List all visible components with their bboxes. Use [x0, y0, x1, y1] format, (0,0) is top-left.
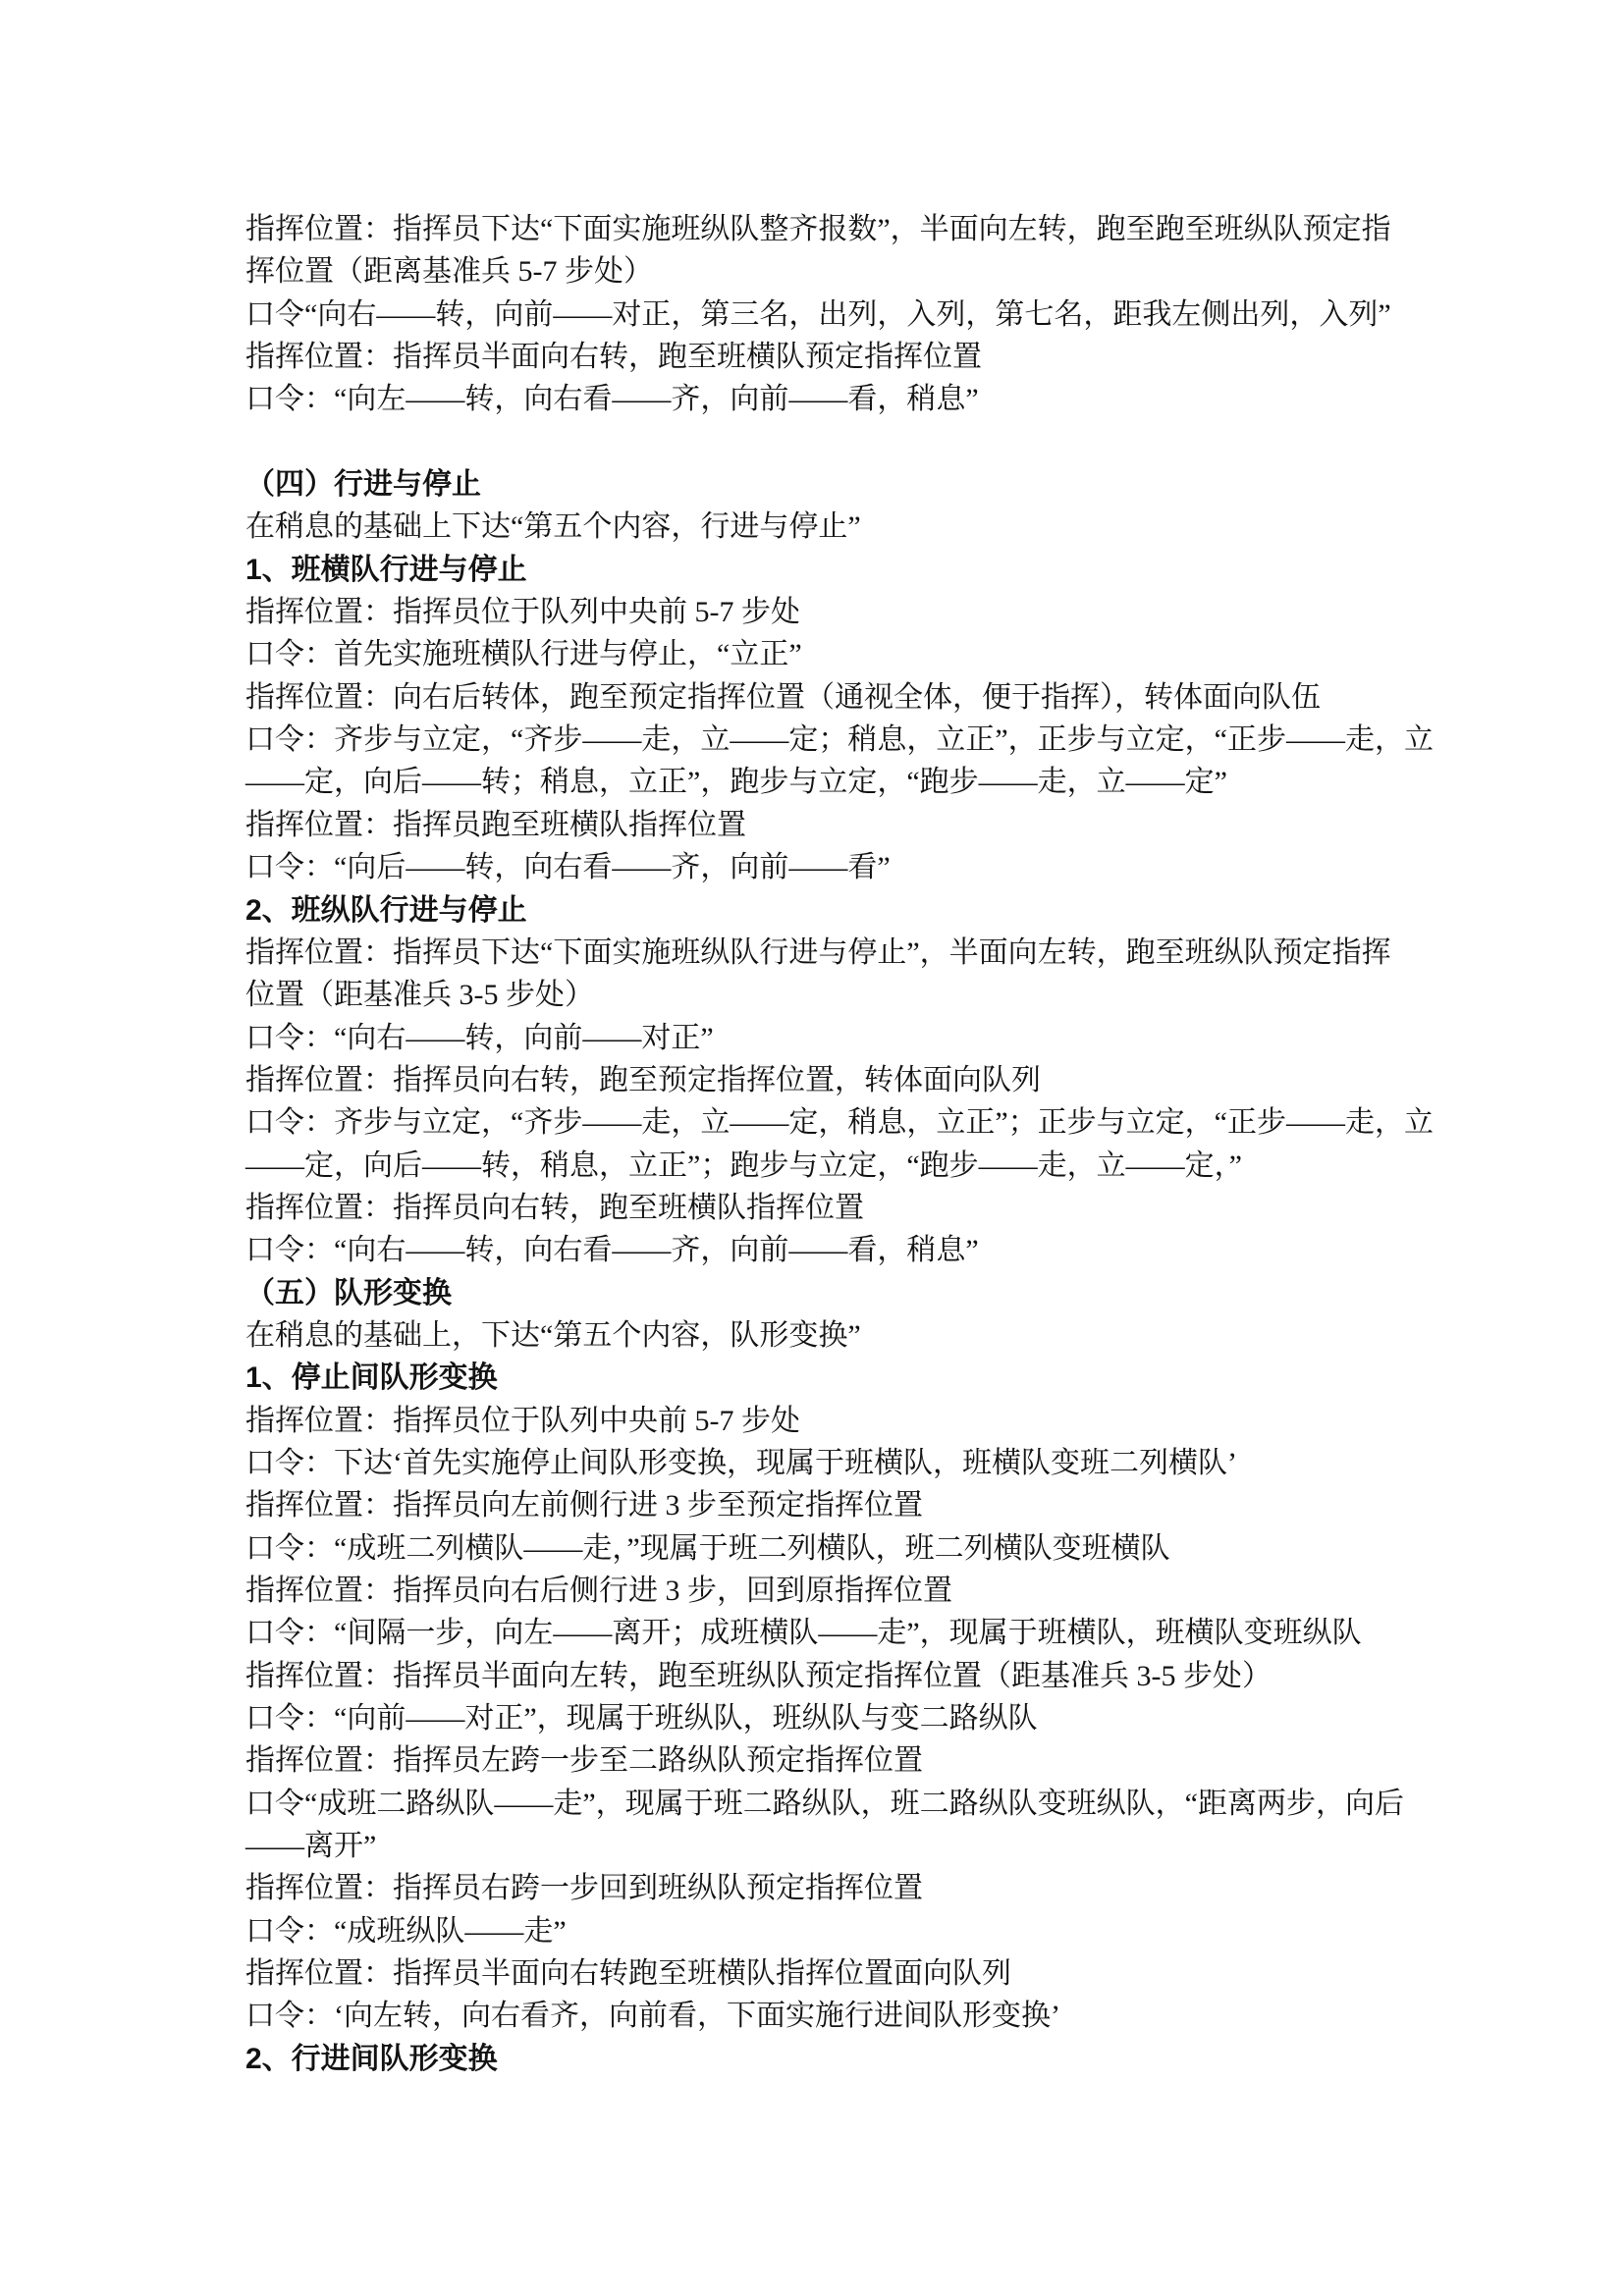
text-line: 口令：“成班纵队——走”	[245, 1910, 1379, 1952]
text-line: 口令：“向左——转，向右看——齐，向前——看，稍息”	[245, 378, 1379, 420]
text-line: 指挥位置：指挥员下达“下面实施班纵队行进与停止”，半面向左转，跑至班纵队预定指挥	[245, 932, 1379, 974]
text-line: 指挥位置：指挥员向右转，跑至预定指挥位置，转体面向队列	[245, 1059, 1379, 1101]
text-line: 口令：“间隔一步，向左——离开；成班横队——走”，现属于班横队，班横队变班纵队	[245, 1612, 1379, 1654]
heading-line: 2、行进间队形变换	[245, 2038, 1379, 2080]
text-line: 指挥位置：指挥员位于队列中央前 5-7 步处	[245, 591, 1379, 633]
text-line: 挥位置（距离基准兵 5-7 步处）	[245, 250, 1379, 293]
text-line: 口令：下达‘首先实施停止间队形变换，现属于班横队，班横队变班二列横队’	[245, 1442, 1379, 1484]
text-line: 位置（距基准兵 3-5 步处）	[245, 974, 1379, 1016]
text-line: 指挥位置：指挥员位于队列中央前 5-7 步处	[245, 1400, 1379, 1442]
text-line: 口令：“成班二列横队——走，”现属于班二列横队，班二列横队变班横队	[245, 1527, 1379, 1570]
text-line: 在稍息的基础上，下达“第五个内容，队形变换”	[245, 1314, 1379, 1357]
text-line: 指挥位置：指挥员半面向右转跑至班横队指挥位置面向队列	[245, 1952, 1379, 1995]
text-line: 指挥位置：指挥员半面向左转，跑至班纵队预定指挥位置（距基准兵 3-5 步处）	[245, 1655, 1379, 1697]
text-line: 口令：齐步与立定，“齐步——走，立——定，稍息，立正”；正步与立定，“正步——走…	[245, 1101, 1379, 1144]
text-line: 口令：齐步与立定，“齐步——走，立——定；稍息，立正”，正步与立定，“正步——走…	[245, 719, 1379, 761]
text-line: 口令：“向后——转，向右看——齐，向前——看”	[245, 846, 1379, 888]
text-line: ——定，向后——转，稍息，立正”；跑步与立定，“跑步——走，立——定，”	[245, 1145, 1379, 1187]
blank-line	[245, 421, 1379, 463]
text-line: 口令：首先实施班横队行进与停止，“立正”	[245, 633, 1379, 675]
text-line: 指挥位置：指挥员半面向右转，跑至班横队预定指挥位置	[245, 336, 1379, 378]
heading-line: 1、班横队行进与停止	[245, 549, 1379, 591]
text-line: 指挥位置：指挥员向右后侧行进 3 步，回到原指挥位置	[245, 1570, 1379, 1612]
heading-line: 1、停止间队形变换	[245, 1357, 1379, 1399]
text-line: 口令：“向前——对正”，现属于班纵队，班纵队与变二路纵队	[245, 1697, 1379, 1739]
text-line: 口令“成班二路纵队——走”，现属于班二路纵队，班二路纵队变班纵队，“距离两步，向…	[245, 1783, 1379, 1825]
heading-line: （四）行进与停止	[245, 463, 1379, 506]
text-line: 指挥位置：指挥员向右转，跑至班横队指挥位置	[245, 1187, 1379, 1229]
text-line: 指挥位置：指挥员向左前侧行进 3 步至预定指挥位置	[245, 1484, 1379, 1526]
text-line: 指挥位置：向右后转体，跑至预定指挥位置（通视全体，便于指挥），转体面向队伍	[245, 676, 1379, 719]
text-line: 口令：‘向左转，向右看齐，向前看，下面实施行进间队形变换’	[245, 1995, 1379, 2037]
heading-line: 2、班纵队行进与停止	[245, 889, 1379, 932]
text-line: 口令“向右——转，向前——对正，第三名，出列，入列，第七名，距我左侧出列，入列”	[245, 294, 1379, 336]
text-line: 指挥位置：指挥员跑至班横队指挥位置	[245, 804, 1379, 846]
text-line: 指挥位置：指挥员下达“下面实施班纵队整齐报数”，半面向左转，跑至跑至班纵队预定指	[245, 208, 1379, 250]
text-line: 指挥位置：指挥员右跨一步回到班纵队预定指挥位置	[245, 1867, 1379, 1909]
heading-line: （五）队形变换	[245, 1272, 1379, 1314]
text-line: 在稍息的基础上下达“第五个内容，行进与停止”	[245, 506, 1379, 548]
document-page-text: 指挥位置：指挥员下达“下面实施班纵队整齐报数”，半面向左转，跑至跑至班纵队预定指…	[245, 208, 1379, 2080]
text-line: 指挥位置：指挥员左跨一步至二路纵队预定指挥位置	[245, 1739, 1379, 1782]
text-line: 口令：“向右——转，向前——对正”	[245, 1017, 1379, 1059]
text-line: 口令：“向右——转，向右看——齐，向前——看，稍息”	[245, 1229, 1379, 1271]
text-line: ——离开”	[245, 1825, 1379, 1867]
text-line: ——定，向后——转；稍息，立正”，跑步与立定，“跑步——走，立——定”	[245, 761, 1379, 803]
